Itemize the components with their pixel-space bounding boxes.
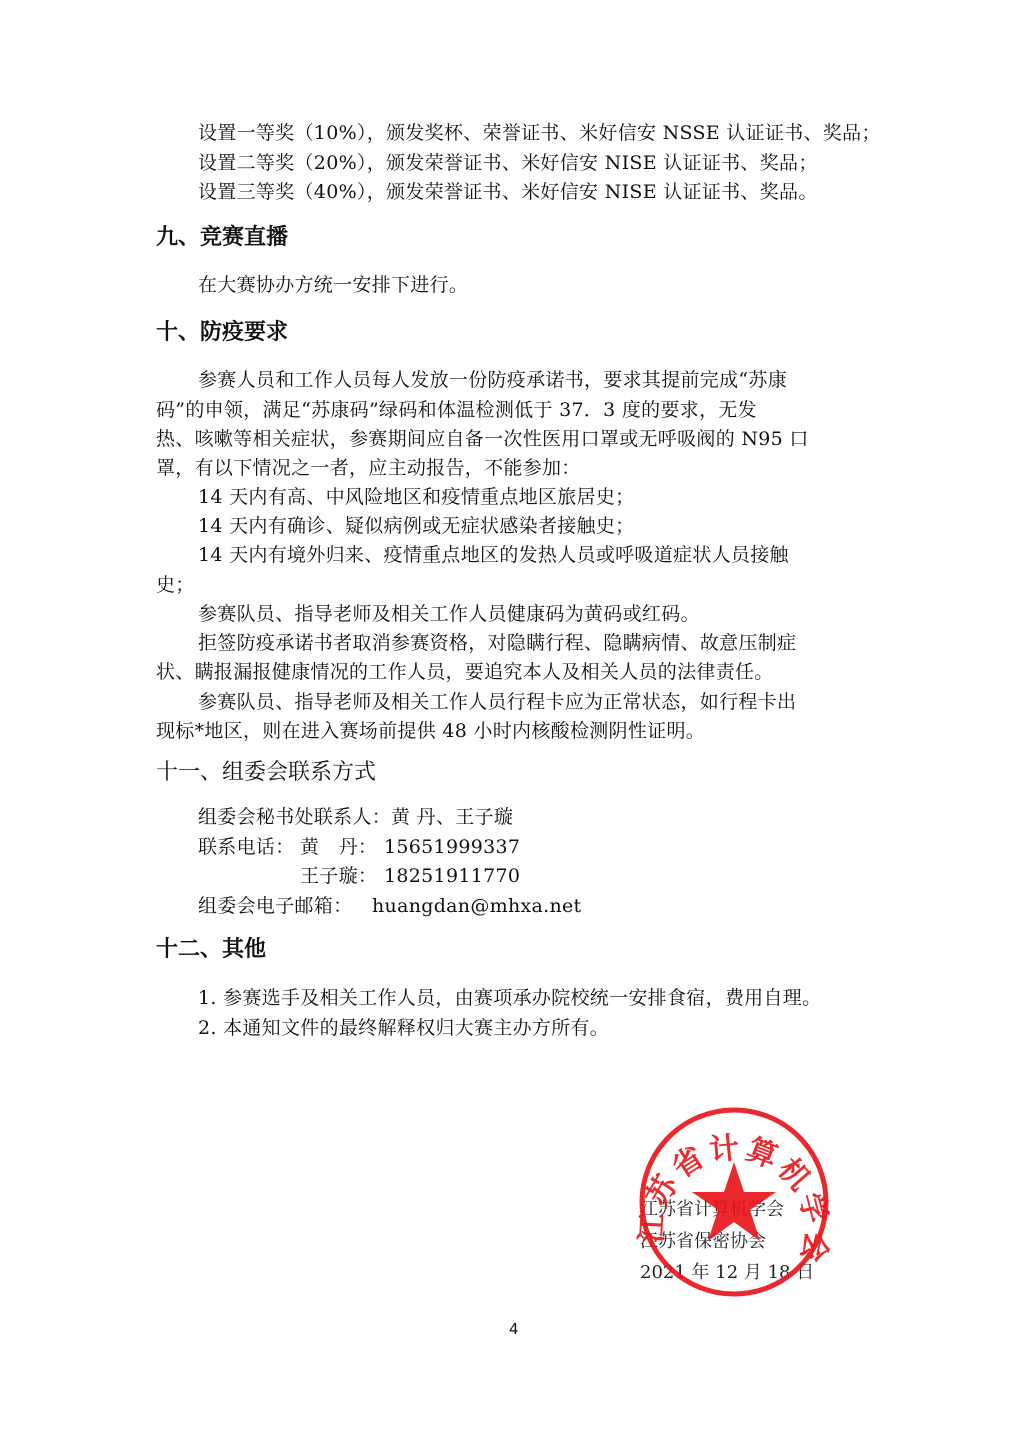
section-9-heading: 九、竞赛直播 bbox=[156, 223, 288, 253]
award-line-3: 设置三等奖（40%），颁发荣誉证书、米好信安 NISE 认证证书、奖品。 bbox=[198, 179, 818, 205]
phone1-name: 黄 丹： bbox=[300, 834, 377, 860]
phone1-number: 15651999337 bbox=[384, 834, 520, 860]
phone2-number: 18251911770 bbox=[384, 863, 520, 889]
email-address[interactable]: huangdan@mhxa.net bbox=[372, 893, 581, 919]
section-10-line: 参赛队员、指导老师及相关工作人员健康码为黄码或红码。 bbox=[198, 601, 700, 627]
section-10-line: 码”的申领，满足“苏康码”绿码和体温检测低于 37．3 度的要求，无发 bbox=[156, 397, 757, 423]
section-10-line: 参赛人员和工作人员每人发放一份防疫承诺书，要求其提前完成“苏康 bbox=[198, 367, 787, 393]
section-9-body: 在大赛协办方统一安排下进行。 bbox=[198, 272, 468, 298]
section-10-line: 14 天内有境外归来、疫情重点地区的发热人员或呼吸道症状人员接触 bbox=[198, 542, 789, 568]
section-10-line: 参赛队员、指导老师及相关工作人员行程卡应为正常状态，如行程卡出 bbox=[198, 689, 796, 715]
section-11-heading: 十一、组委会联系方式 bbox=[156, 758, 376, 788]
page-number: 4 bbox=[509, 1320, 519, 1338]
award-line-1: 设置一等奖（10%），颁发奖杯、荣誉证书、米好信安 NSSE 认证证书、奖品； bbox=[198, 120, 881, 146]
section-10-heading: 十、防疫要求 bbox=[156, 318, 288, 348]
section-10-line: 14 天内有确诊、疑似病例或无症状感染者接触史； bbox=[198, 513, 634, 539]
other-item-2: 2. 本通知文件的最终解释权归大赛主办方所有。 bbox=[198, 1015, 609, 1041]
contact-persons: 组委会秘书处联系人：黄 丹、王子璇 bbox=[198, 804, 513, 830]
section-10-line: 现标*地区，则在进入赛场前提供 48 小时内核酸检测阴性证明。 bbox=[156, 718, 705, 744]
phone2-name: 王子璇： bbox=[300, 863, 377, 889]
email-label: 组委会电子邮箱： bbox=[198, 893, 352, 919]
section-10-line: 状、瞒报漏报健康情况的工作人员，要追究本人及相关人员的法律责任。 bbox=[156, 659, 774, 685]
official-seal-icon: 江苏省计算机学会 bbox=[636, 1104, 832, 1300]
section-10-line: 14 天内有高、中风险地区和疫情重点地区旅居史； bbox=[198, 484, 634, 510]
phone-label: 联系电话： bbox=[198, 834, 295, 860]
other-item-1: 1. 参赛选手及相关工作人员，由赛项承办院校统一安排食宿，费用自理。 bbox=[198, 985, 821, 1011]
section-10-line: 热、咳嗽等相关症状，参赛期间应自备一次性医用口罩或无呼吸阀的 N95 口 bbox=[156, 426, 809, 452]
section-10-line: 罩，有以下情况之一者，应主动报告，不能参加： bbox=[156, 455, 581, 481]
award-line-2: 设置二等奖（20%），颁发荣誉证书、米好信安 NISE 认证证书、奖品； bbox=[198, 150, 818, 176]
section-12-heading: 十二、其他 bbox=[156, 935, 266, 965]
section-10-line: 拒签防疫承诺书者取消参赛资格，对隐瞒行程、隐瞒病情、故意压制症 bbox=[198, 630, 796, 656]
document-page: 设置一等奖（10%），颁发奖杯、荣誉证书、米好信安 NSSE 认证证书、奖品； … bbox=[0, 0, 1024, 1447]
section-10-line: 史； bbox=[156, 572, 195, 598]
